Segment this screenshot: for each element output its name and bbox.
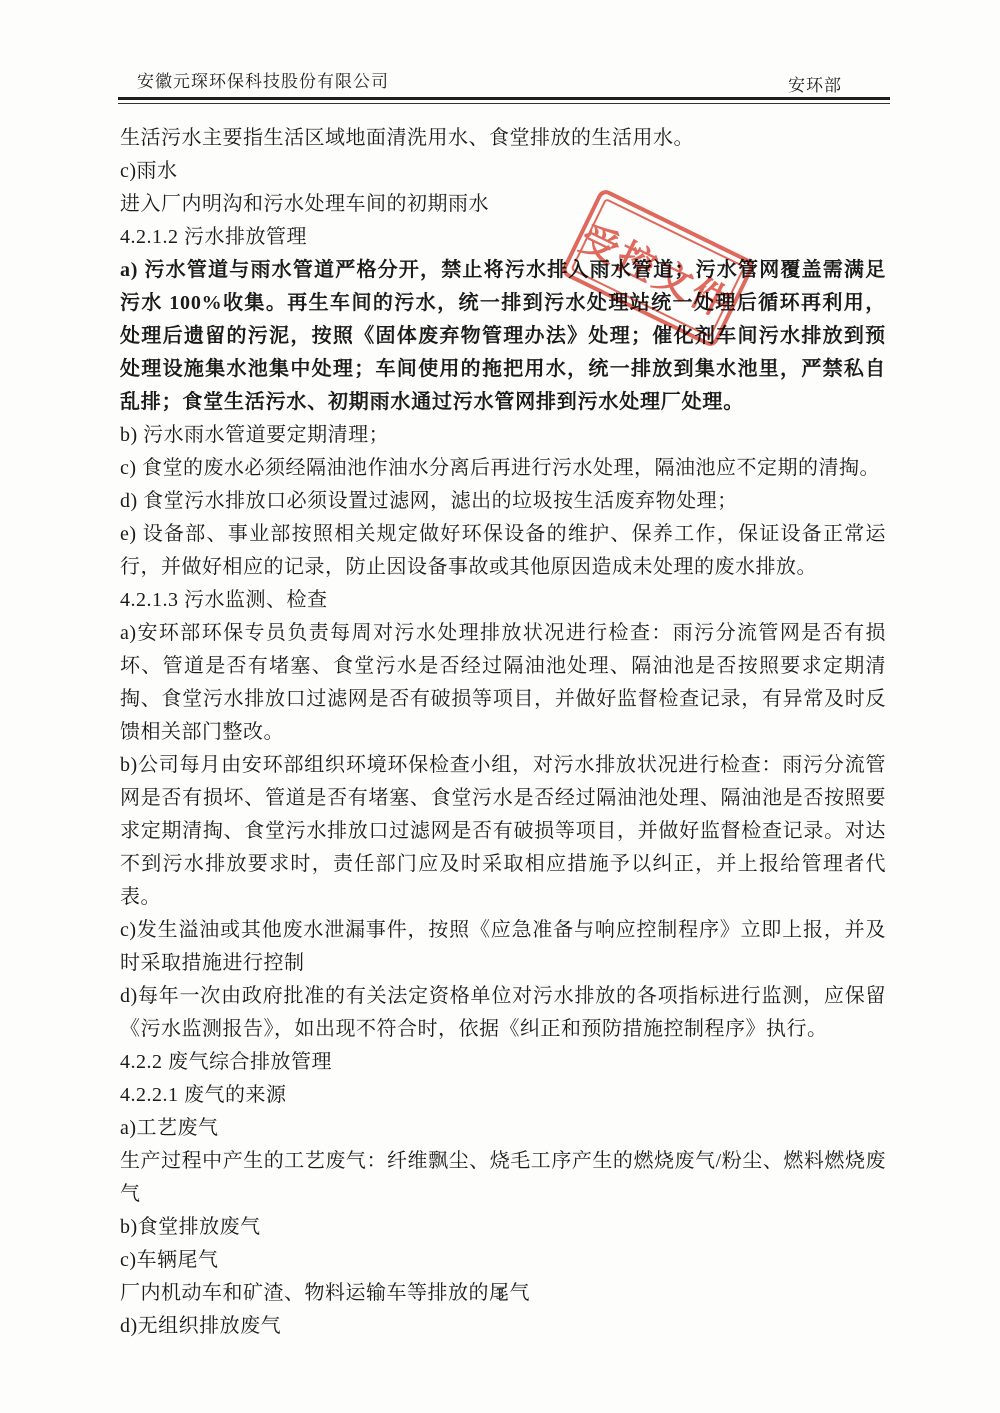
item-d-annual-monitoring: d)每年一次由政府批准的有关法定资格单位对污水排放的各项指标进行监测，应保留《污… <box>120 980 886 1046</box>
heading-4-2-2-1-gas-sources: 4.2.2.1 废气的来源 <box>120 1079 886 1112</box>
header-divider-rule <box>118 97 890 104</box>
heading-4-2-1-2-sewage-discharge: 4.2.1.2 污水排放管理 <box>120 221 886 254</box>
para-rainwater-desc: 进入厂内明沟和污水处理车间的初期雨水 <box>120 188 886 221</box>
heading-4-2-2-waste-gas: 4.2.2 废气综合排放管理 <box>120 1046 886 1079</box>
item-e-equipment-maintenance: e) 设备部、事业部按照相关规定做好环保设备的维护、保养工作，保证设备正常运行，… <box>120 518 886 584</box>
item-c-spill-emergency: c)发生溢油或其他废水泄漏事件，按照《应急准备与响应控制程序》立即上报，并及时采… <box>120 914 886 980</box>
item-c-rainwater: c)雨水 <box>120 155 886 188</box>
item-b-pipe-cleaning: b) 污水雨水管道要定期清理； <box>120 419 886 452</box>
item-d-fugitive-gas: d)无组织排放废气 <box>120 1310 886 1343</box>
para-process-gas-desc: 生产过程中产生的工艺废气：纤维飘尘、烧毛工序产生的燃烧废气/粉尘、燃料燃烧废气 <box>120 1145 886 1211</box>
header-company-name: 安徽元琛环保科技股份有限公司 <box>137 67 389 92</box>
item-d-canteen-filter: d) 食堂污水排放口必须设置过滤网，滤出的垃圾按生活废弃物处理； <box>120 485 886 518</box>
heading-4-2-1-3-sewage-monitoring: 4.2.1.3 污水监测、检查 <box>120 584 886 617</box>
item-a-sewage-pipe-rules: a) 污水管道与雨水管道严格分开，禁止将污水排入雨水管道；污水管网覆盖需满足污水… <box>120 254 886 419</box>
header-department: 安环部 <box>788 71 842 96</box>
item-c-canteen-grease-trap: c) 食堂的废水必须经隔油池作油水分离后再进行污水处理，隔油池应不定期的清掏。 <box>120 452 886 485</box>
page-number: 3 <box>0 1284 1000 1304</box>
item-b-monthly-inspection: b)公司每月由安环部组织环境环保检查小组，对污水排放状况进行检查：雨污分流管网是… <box>120 749 886 914</box>
document-page: 安徽元琛环保科技股份有限公司 安环部 生活污水主要指生活区域地面清洗用水、食堂排… <box>0 0 1000 1413</box>
item-a-weekly-inspection: a)安环部环保专员负责每周对污水处理排放状况进行检查：雨污分流管网是否有损坏、管… <box>120 617 886 749</box>
item-b-canteen-gas: b)食堂排放废气 <box>120 1211 886 1244</box>
item-a-process-gas: a)工艺废气 <box>120 1112 886 1145</box>
item-c-vehicle-exhaust: c)车辆尾气 <box>120 1244 886 1277</box>
document-body: 生活污水主要指生活区域地面清洗用水、食堂排放的生活用水。 c)雨水 进入厂内明沟… <box>120 122 886 1343</box>
para-domestic-sewage-intro: 生活污水主要指生活区域地面清洗用水、食堂排放的生活用水。 <box>120 122 886 155</box>
